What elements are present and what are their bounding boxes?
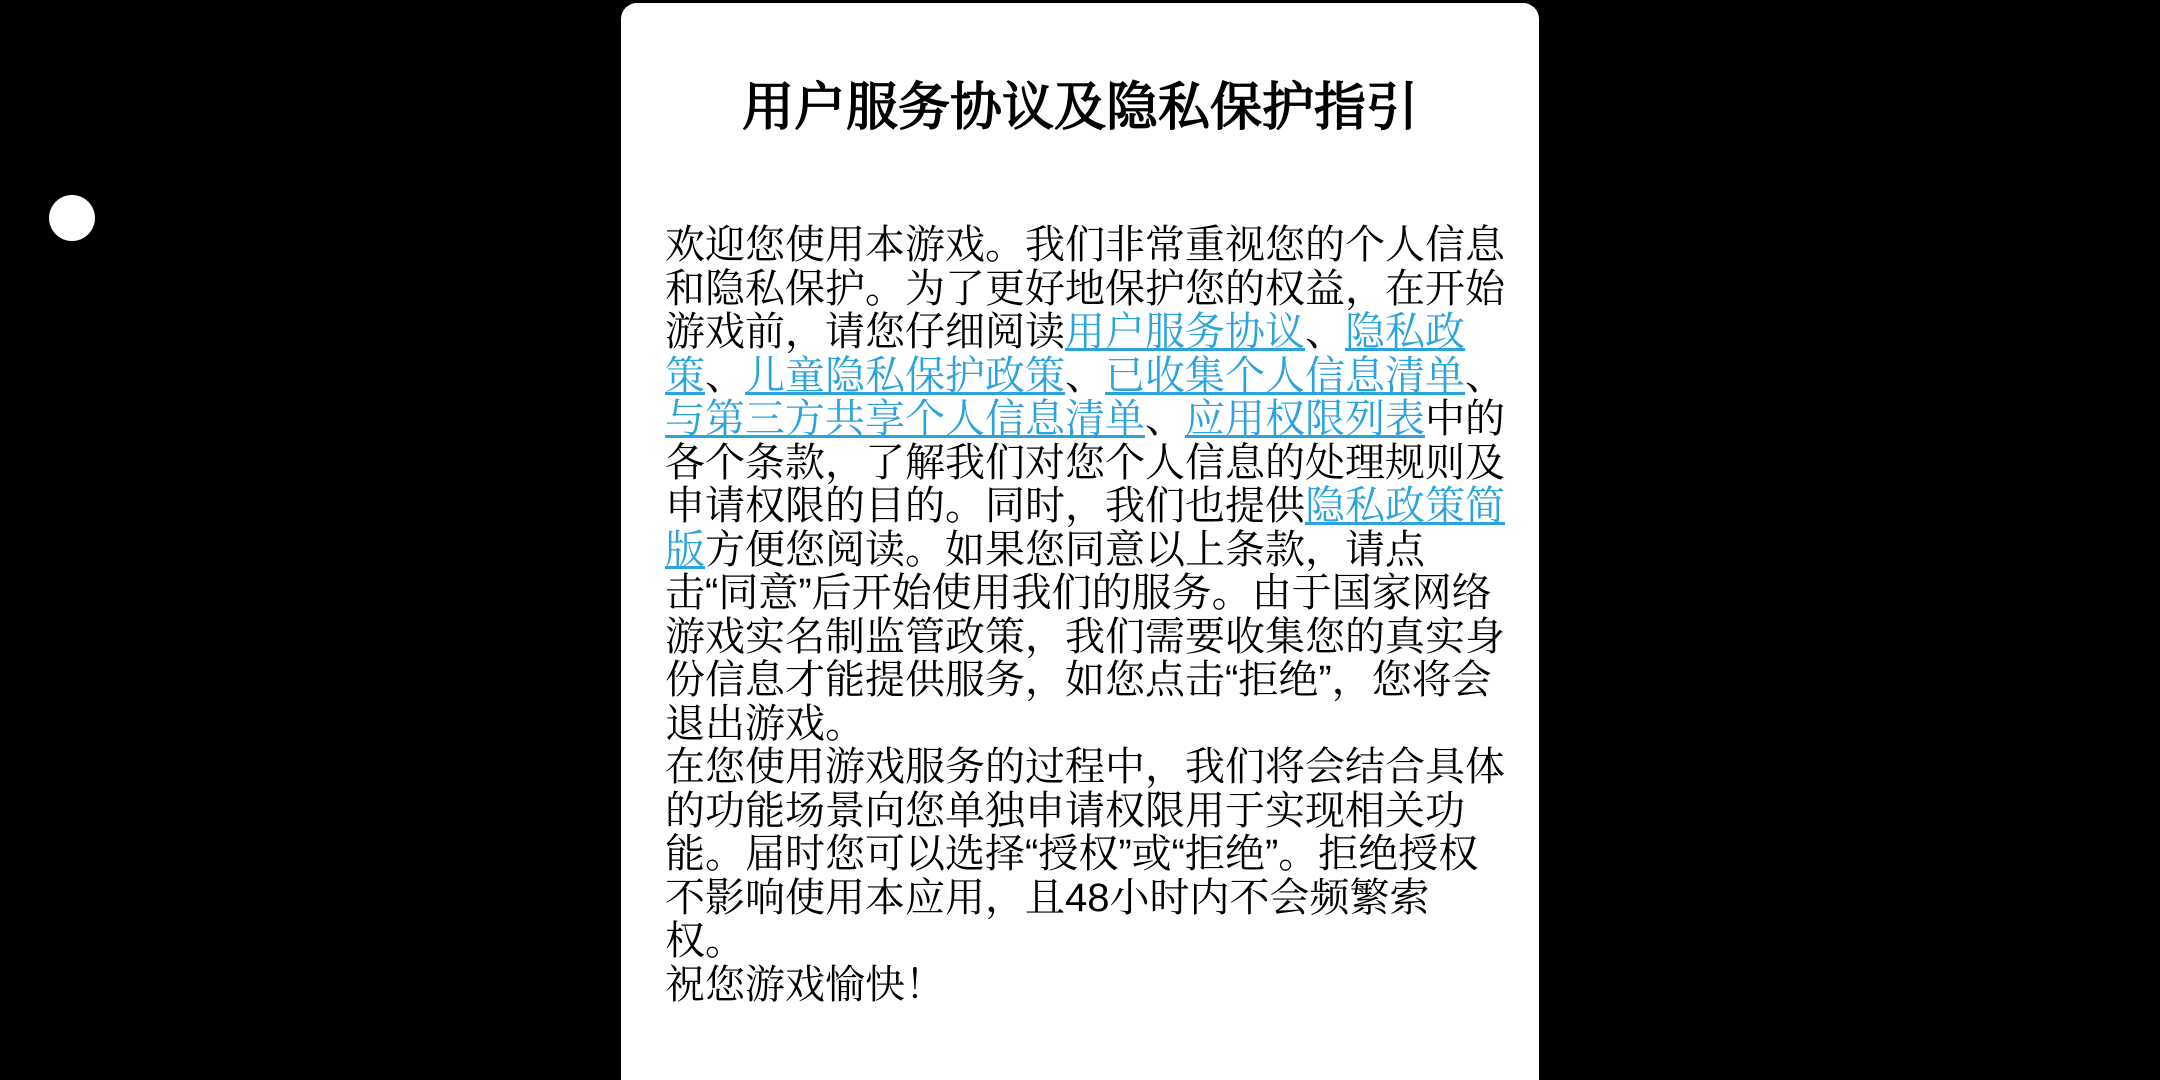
body-text: 、 <box>1065 354 1105 398</box>
body-text: 、 <box>1145 397 1185 441</box>
body-text: 在您使用游戏服务的过程中，我们将会结合具体的功能场景向您单独申请权限用于实现相关… <box>665 745 1505 963</box>
body-text: 、 <box>1305 310 1345 354</box>
body-text: 方便您阅读。如果您同意以上条款，请点击“同意”后开始使用我们的服务。由于国家网络… <box>665 528 1505 746</box>
dialog-paragraph: 在您使用游戏服务的过程中，我们将会结合具体的功能场景向您单独申请权限用于实现相关… <box>665 746 1507 964</box>
link-collected-personal-info-list[interactable]: 已收集个人信息清单 <box>1105 354 1465 398</box>
link-third-party-shared-personal-info-list[interactable]: 与第三方共享个人信息清单 <box>665 397 1145 441</box>
body-text: 祝您游戏愉快！ <box>665 963 945 1007</box>
link-children-privacy-policy[interactable]: 儿童隐私保护政策 <box>745 354 1065 398</box>
link-user-service-agreement[interactable]: 用户服务协议 <box>1065 310 1305 354</box>
screen: 用户服务协议及隐私保护指引 欢迎您使用本游戏。我们非常重视您的个人信息和隐私保护… <box>0 0 2160 1080</box>
link-app-permission-list[interactable]: 应用权限列表 <box>1185 397 1425 441</box>
floating-ball-button[interactable] <box>49 195 95 241</box>
dialog-body: 欢迎您使用本游戏。我们非常重视您的个人信息和隐私保护。为了更好地保护您的权益，在… <box>665 224 1507 1007</box>
dialog-paragraph: 欢迎您使用本游戏。我们非常重视您的个人信息和隐私保护。为了更好地保护您的权益，在… <box>665 224 1507 746</box>
dialog-title: 用户服务协议及隐私保护指引 <box>621 81 1539 136</box>
body-text: 、 <box>705 354 745 398</box>
privacy-dialog: 用户服务协议及隐私保护指引 欢迎您使用本游戏。我们非常重视您的个人信息和隐私保护… <box>621 3 1539 1080</box>
dialog-paragraph: 祝您游戏愉快！ <box>665 964 1507 1008</box>
body-text: 、 <box>1465 354 1505 398</box>
